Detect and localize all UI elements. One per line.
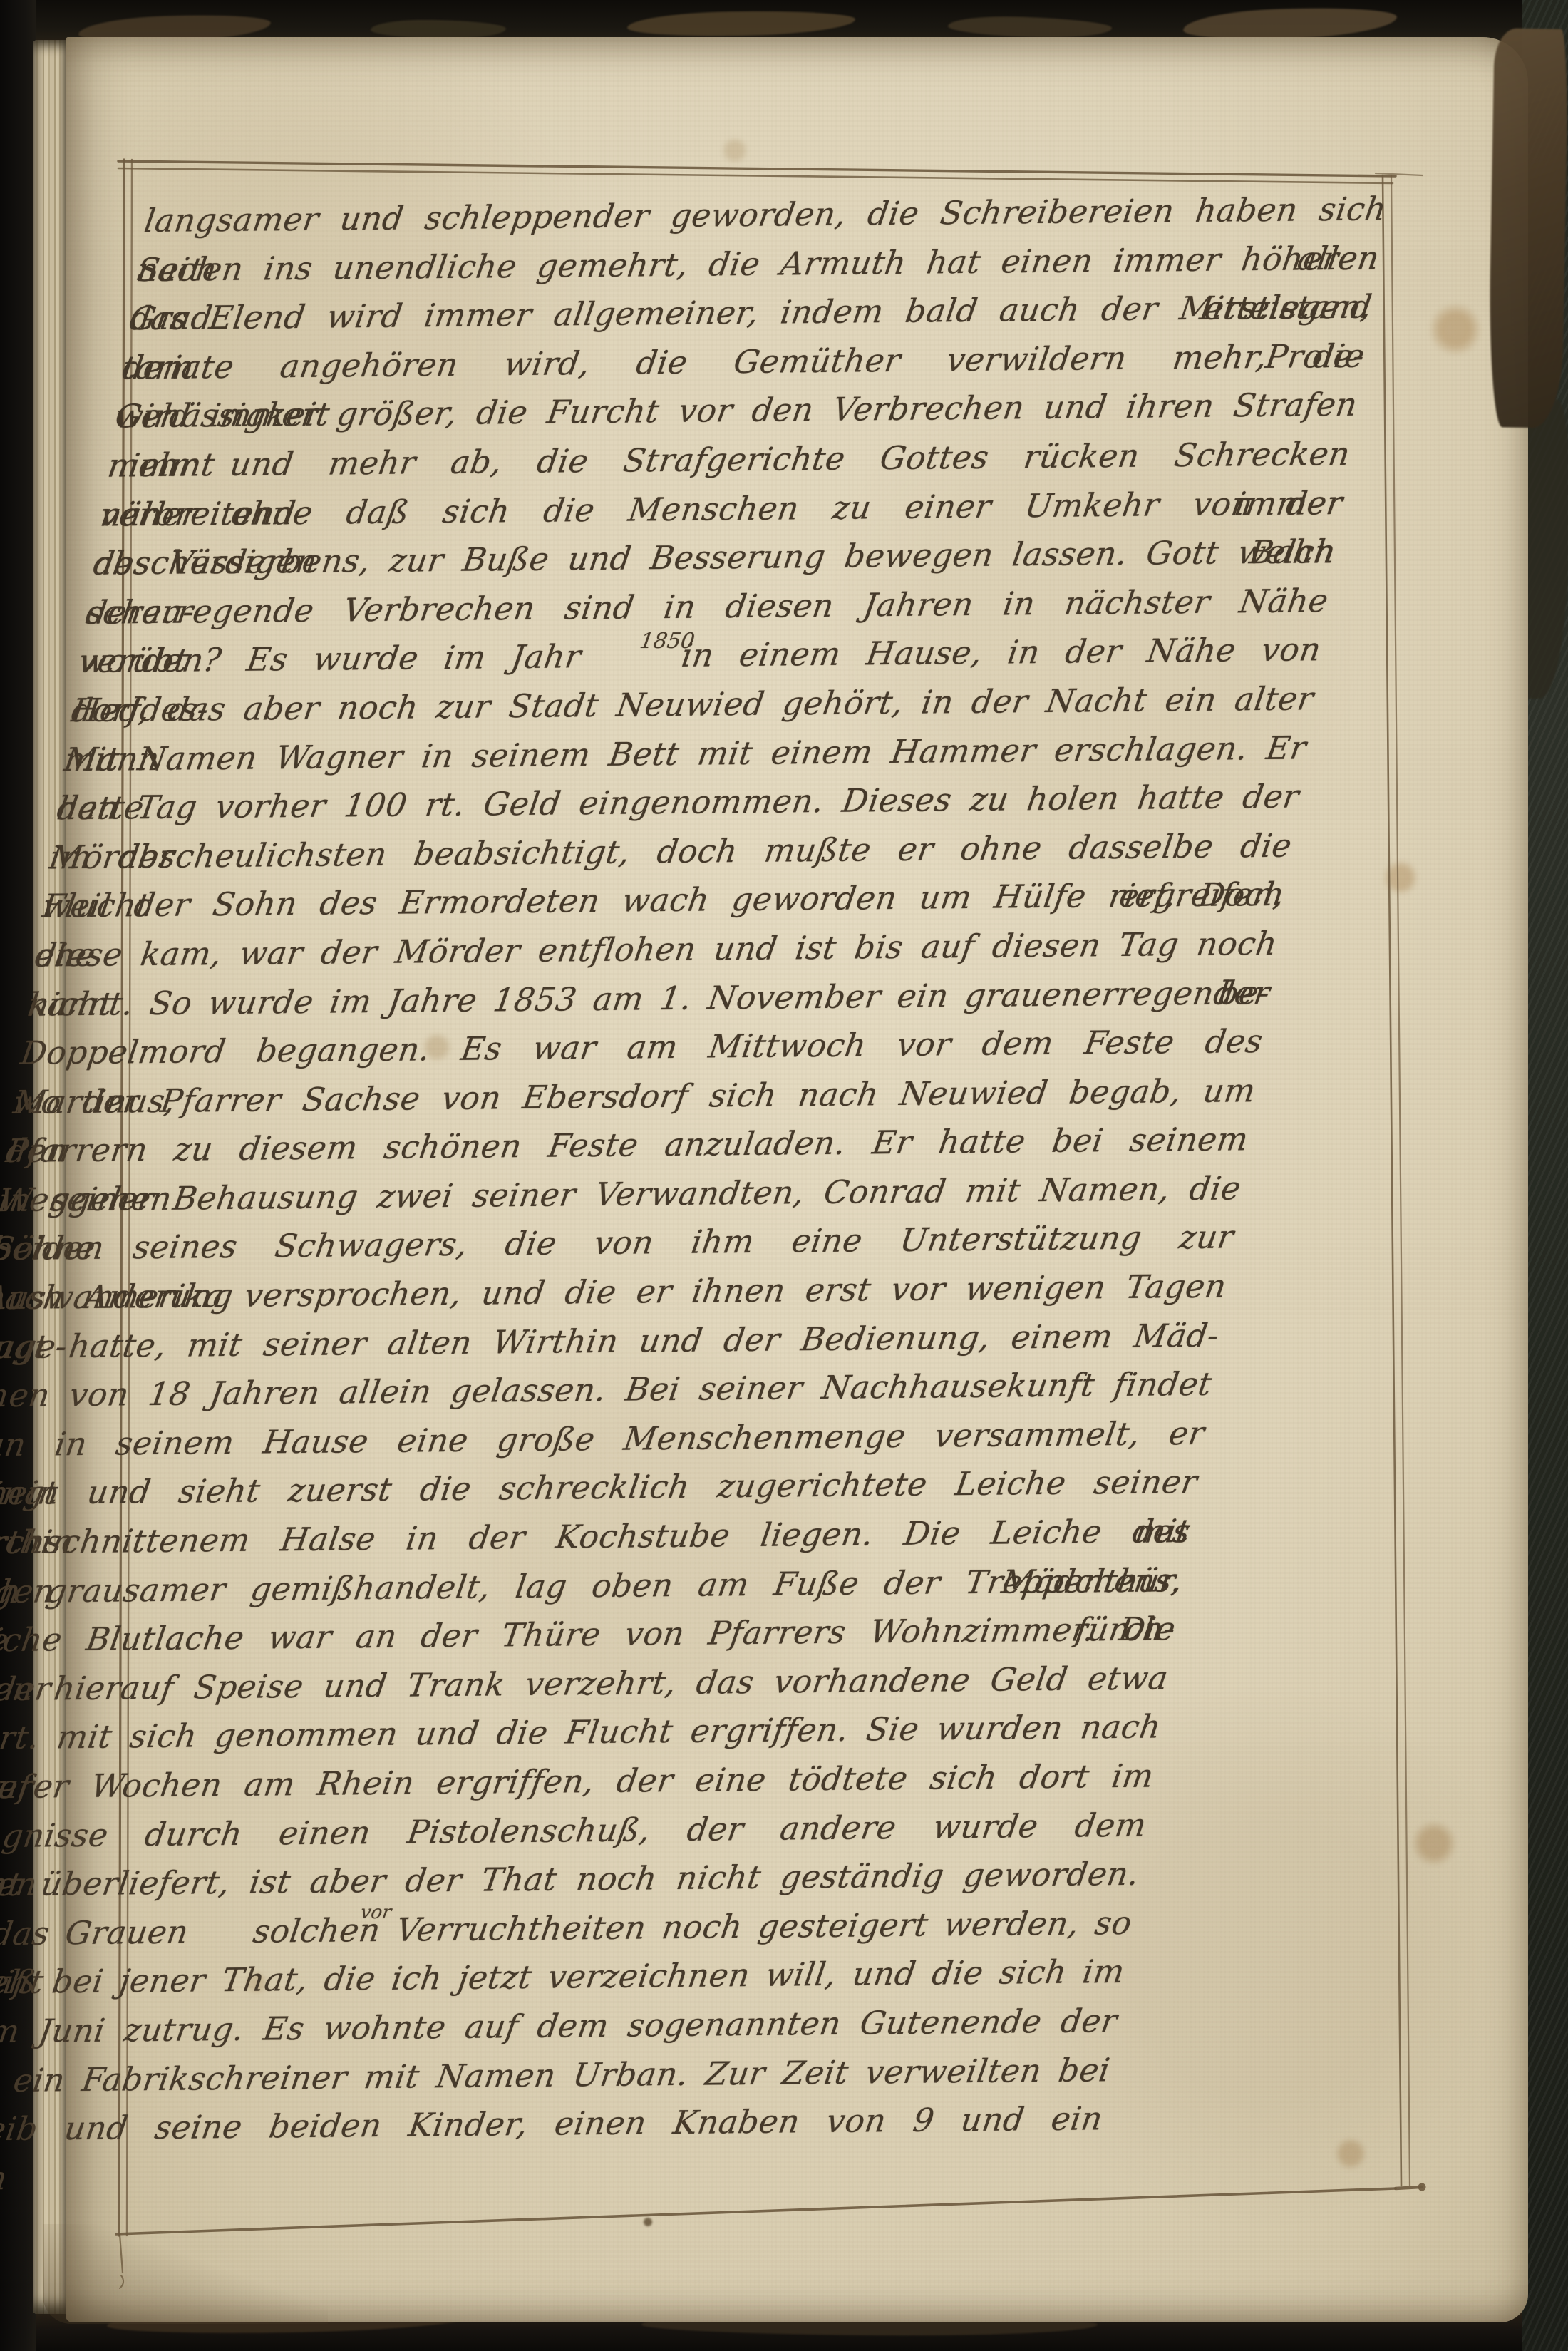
scanned-manuscript-book-page: langsamer und schleppender geworden, die… bbox=[0, 0, 1568, 2351]
interlinear-insertion-word: vor bbox=[359, 1902, 393, 1923]
torn-leather-tatter bbox=[1487, 28, 1568, 428]
interlinear-insertion-year: 1850 bbox=[638, 629, 696, 654]
